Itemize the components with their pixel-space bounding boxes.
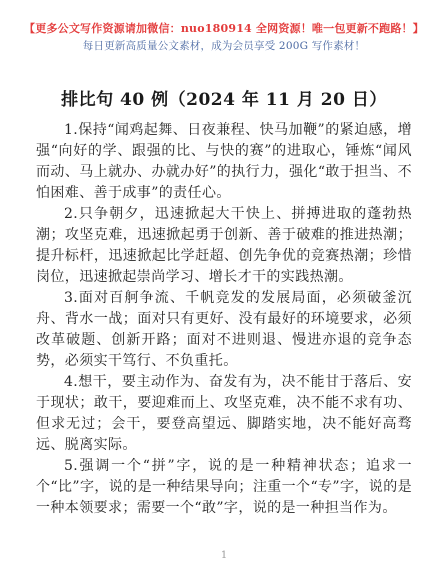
document-body: 1.保持“闻鸡起舞、日夜兼程、快马加鞭”的紧迫感，增强“向好的学、跟强的比、与快…	[0, 120, 448, 519]
paragraph-1: 1.保持“闻鸡起舞、日夜兼程、快马加鞭”的紧迫感，增强“向好的学、跟强的比、与快…	[36, 120, 412, 204]
paragraph-2: 2.只争朝夕，迅速掀起大干快上、拼搏进取的蓬勃热潮；攻坚克难，迅速掀起勇于创新、…	[36, 204, 412, 288]
document-page: 【更多公文写作资源请加微信：nuo180914 全网资源！唯一包更新不跑路！】 …	[0, 0, 448, 580]
paragraph-4: 4.想干，要主动作为、奋发有为，决不能甘于落后、安于现状；敢干，要迎难而上、攻坚…	[36, 372, 412, 456]
promo-line-2: 每日更新高质量公文素材，成为会员享受 200G 写作素材！	[0, 39, 448, 53]
page-footer: 1	[0, 543, 448, 562]
document-title: 排比句 40 例（2024 年 11 月 20 日）	[0, 88, 448, 112]
paragraph-5: 5.强调一个“拼”字，说的是一种精神状态；追求一个“比”字，说的是一种结果导向；…	[36, 456, 412, 519]
promo-header: 【更多公文写作资源请加微信：nuo180914 全网资源！唯一包更新不跑路！】 …	[0, 0, 448, 53]
paragraph-3: 3.面对百舸争流、千帆竞发的发展局面，必须破釜沉舟、背水一战；面对只有更好、没有…	[36, 288, 412, 372]
page-number: 1	[221, 550, 227, 561]
promo-line-1: 【更多公文写作资源请加微信：nuo180914 全网资源！唯一包更新不跑路！】	[0, 21, 448, 36]
